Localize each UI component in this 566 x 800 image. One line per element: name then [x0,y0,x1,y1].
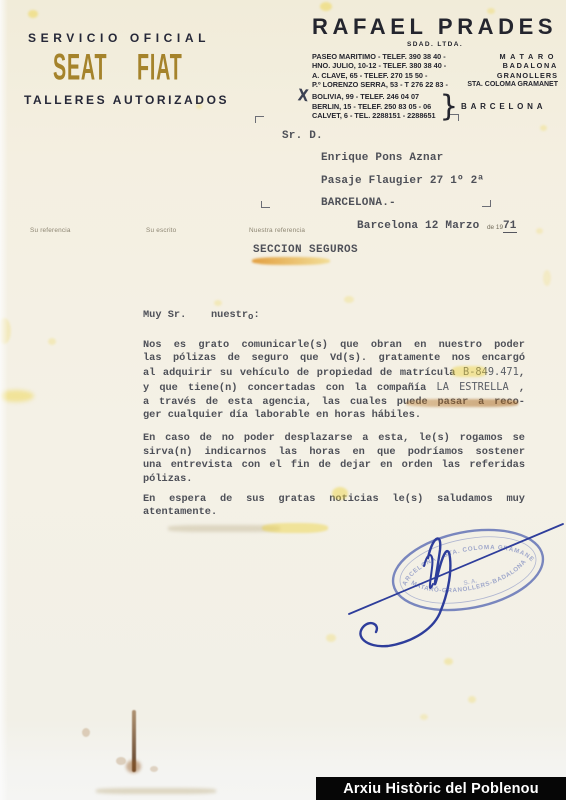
office-address: BOLIVIA, 99 - TELEF. 246 04 07 [312,92,436,101]
stain [82,728,90,737]
su-referencia-label: Su referencia [30,227,71,234]
recipient-address: Pasaje Flaugier 27 1º 2ª [321,175,484,187]
stain [468,696,476,703]
body-line: pólizas. [143,473,525,487]
stain [126,760,141,773]
archive-credit-text: Arxiu Històric del Poblenou [343,781,539,797]
stain [344,296,354,303]
stain [48,338,56,345]
license-plate: B-849.471 [463,366,519,378]
stain [0,318,11,344]
body-line: ger cualquier día laborable en horas háb… [143,409,525,423]
body-line: y que tiene(n) concertadas con la compañ… [143,381,525,396]
letterhead-company-block: RAFAEL PRADES SDAD. LTDA. PASEO MARITIMO… [312,14,558,123]
office-city: BADALONA [503,61,558,70]
body-line: En caso de no poder desplazarse a esta, … [143,432,525,446]
stain [0,390,34,402]
stain [543,270,551,286]
body-line: una entrevista con el fin de dejar en or… [143,459,525,473]
talleres-autorizados-label: TALLERES AUTORIZADOS [24,93,229,107]
stain [214,300,222,306]
scanned-letter-page: SERVICIO OFICIAL SEAT FIAT TALLERES AUTO… [0,0,566,800]
handwritten-x-mark: X [297,87,309,107]
address-window-mark-bottom-right [482,200,491,207]
stain [96,788,216,794]
office-city: MATARO [499,52,558,61]
stain [262,523,328,533]
body-salutation: Muy Sr. nuestro: [143,309,525,325]
office-address: PASEO MARITIMO - TELEF. 390 38 40 - [312,52,446,61]
barcelona-office-group: X BOLIVIA, 99 - TELEF. 246 04 07 BERLIN,… [312,89,558,123]
su-escrito-label: Su escrito [146,227,176,234]
stain [540,125,547,131]
recipient-city: BARCELONA.- [321,197,396,209]
body-line: a través de esta agencia, las cuales pue… [143,396,525,410]
office-address: A. CLAVE, 65 - TELEF. 270 15 50 - [312,71,427,80]
nuestra-referencia-label: Nuestra referencia [249,227,305,234]
recipient-salutation: Sr. D. [282,130,323,142]
letter-date: Barcelona 12 Marzo [357,220,479,232]
office-row: A. CLAVE, 65 - TELEF. 270 15 50 - GRANOL… [312,71,558,80]
office-city: STA. COLOMA GRAMANET [467,80,558,89]
stain [150,766,158,772]
office-row: PASEO MARITIMO - TELEF. 390 38 40 - MATA… [312,52,558,61]
office-address: HNO. JULIO, 10-12 - TELEF. 380 38 40 - [312,61,446,70]
address-window-mark-top-right [450,114,459,121]
letter-year: 71 [503,220,517,233]
stain [252,257,330,265]
recipient-name: Enrique Pons Aznar [321,152,443,164]
company-name: RAFAEL PRADES [312,14,558,40]
stain [116,757,126,765]
stain [168,525,280,532]
company-type: SDAD. LTDA. [312,41,558,48]
seat-logo-word: SEAT [53,47,107,90]
office-address: BERLIN, 15 - TELEF. 250 83 05 - 06 [312,102,436,111]
address-window-mark-top-left [255,116,264,123]
body-line: sirva(n) indicarnos las horas en que pod… [143,446,525,460]
de-19-printed-label: de 19 [487,224,503,231]
service-official-label: SERVICIO OFICIAL [28,31,210,45]
fiat-logo-word: FIAT [137,47,183,90]
paragraph-2: En caso de no poder desplazarse a esta, … [143,432,525,487]
stain [536,228,543,234]
office-city: GRANOLLERS [497,71,558,80]
body-line: las pólizas de seguro que Vd(s). gratame… [143,352,525,366]
body-line: al adquirir su vehículo de propiedad de … [143,366,525,381]
letter-body: Muy Sr. nuestro: Nos es grato comunicarl… [143,309,525,520]
stain [420,714,428,720]
address-window-mark-bottom-left [261,201,270,208]
office-address: P.º LORENZO SERRA, 53 - T 276 22 83 - [312,80,448,89]
stain-scratch [132,710,136,772]
seat-fiat-logo: SEAT FIAT [53,47,193,75]
stain [28,10,38,18]
section-seguros-heading: SECCION SEGUROS [253,244,358,256]
archive-credit-bar: Arxiu Històric del Poblenou [316,777,566,800]
office-row: P.º LORENZO SERRA, 53 - T 276 22 83 - ST… [312,80,558,89]
office-list: PASEO MARITIMO - TELEF. 390 38 40 - MATA… [312,52,558,89]
barcelona-office-lines: BOLIVIA, 99 - TELEF. 246 04 07 BERLIN, 1… [312,92,436,120]
office-row: HNO. JULIO, 10-12 - TELEF. 380 38 40 - B… [312,61,558,70]
insurance-company-name: LA ESTRELLA [437,381,509,393]
office-address: CALVET, 6 - TEL. 2288151 - 2288651 [312,111,436,120]
stain [320,2,332,11]
paragraph-1: Nos es grato comunicarle(s) que obran en… [143,339,525,423]
body-line: Nos es grato comunicarle(s) que obran en… [143,339,525,353]
barcelona-label: BARCELONA [461,102,546,111]
handwritten-signature [330,500,566,670]
